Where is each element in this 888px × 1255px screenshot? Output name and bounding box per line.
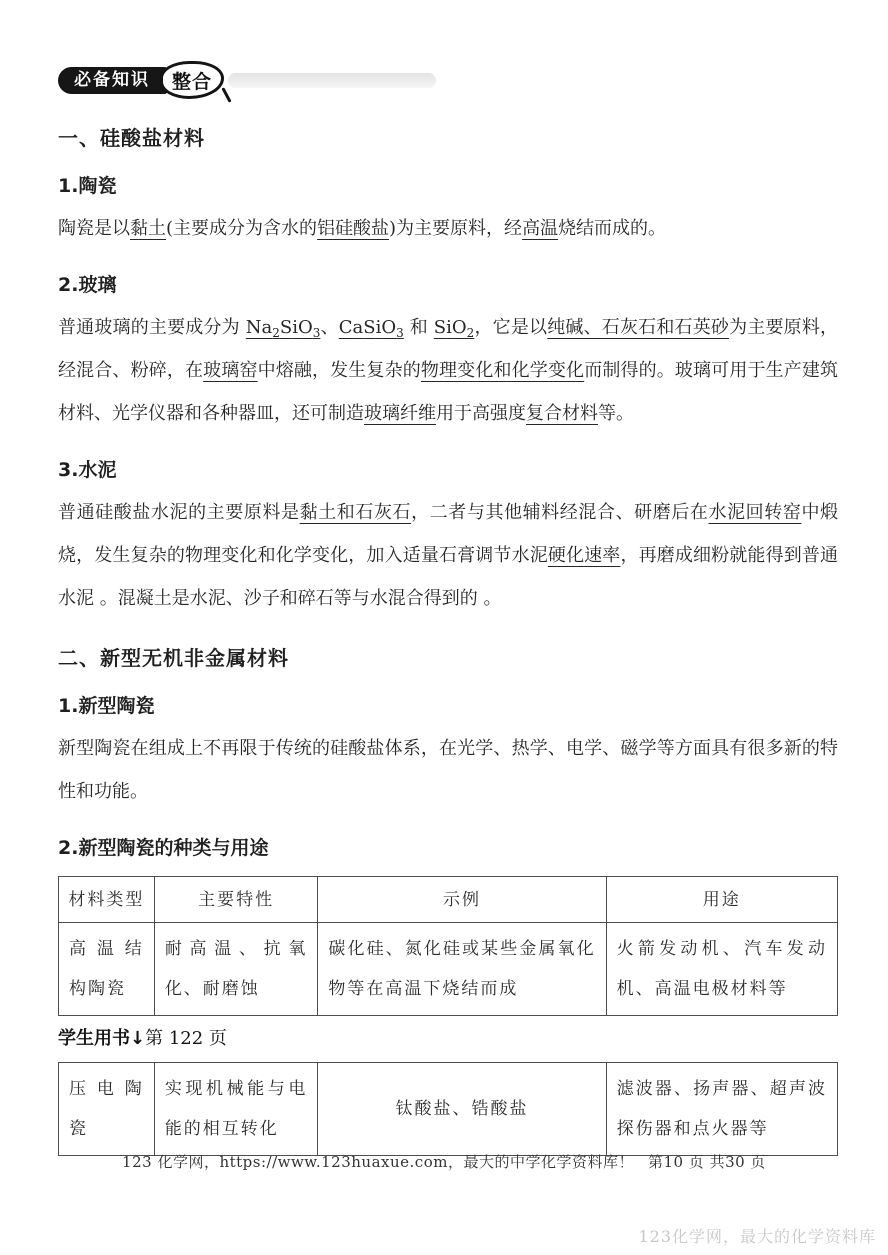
footer-page-info: 第10 页 共30 页 xyxy=(648,1153,766,1171)
cell-uses: 滤波器、扬声器、超声波探伤器和点火器等 xyxy=(606,1063,837,1156)
heading-ceramic-types: 2.新型陶瓷的种类与用途 xyxy=(58,833,838,860)
page-content: 必备知识 整合 一、硅酸盐材料 1.陶瓷 陶瓷是以黏土(主要成分为含水的铝硅酸盐… xyxy=(58,60,838,1156)
col-header-examples: 示例 xyxy=(318,877,606,923)
bookmark-prefix: 学生用书 xyxy=(58,1028,130,1049)
badge-decoration-bar xyxy=(228,73,436,88)
heading-glass: 2.玻璃 xyxy=(58,270,838,297)
heading-cement: 3.水泥 xyxy=(58,455,838,482)
cell-examples: 钛酸盐、锆酸盐 xyxy=(318,1063,606,1156)
section-badge: 必备知识 整合 xyxy=(58,60,838,100)
table-row: 高温结构陶瓷 耐高温、抗氧化、耐磨蚀 碳化硅、氮化硅或某些金属氧化物等在高温下烧… xyxy=(59,923,838,1016)
heading-section1: 一、硅酸盐材料 xyxy=(58,122,838,151)
heading-new-ceramic: 1.新型陶瓷 xyxy=(58,691,838,718)
paragraph-ceramic: 陶瓷是以黏土(主要成分为含水的铝硅酸盐)为主要原料，经高温烧结而成的。 xyxy=(58,207,838,250)
bookmark-page-number: 第 122 页 xyxy=(145,1028,227,1049)
down-arrow-icon: ↓ xyxy=(130,1028,145,1049)
table-row: 压电陶瓷 实现机械能与电能的相互转化 钛酸盐、锆酸盐 滤波器、扬声器、超声波探伤… xyxy=(59,1063,838,1156)
cell-uses: 火箭发动机、汽车发动机、高温电极材料等 xyxy=(606,923,837,1016)
footer-site-text: 123 化学网，https://www.123huaxue.com，最大的中学化… xyxy=(122,1153,634,1171)
paragraph-new-ceramic: 新型陶瓷在组成上不再限于传统的硅酸盐体系，在光学、热学、电学、磁学等方面具有很多… xyxy=(58,727,838,813)
col-header-uses: 用途 xyxy=(606,877,837,923)
ceramic-types-table: 材料类型 主要特性 示例 用途 高温结构陶瓷 耐高温、抗氧化、耐磨蚀 碳化硅、氮… xyxy=(58,876,838,1016)
paragraph-cement: 普通硅酸盐水泥的主要原料是黏土和石灰石，二者与其他辅料经混合、研磨后在水泥回转窑… xyxy=(58,491,838,620)
cell-material-type: 高温结构陶瓷 xyxy=(59,923,155,1016)
cell-examples: 碳化硅、氮化硅或某些金属氧化物等在高温下烧结而成 xyxy=(318,923,606,1016)
col-header-properties: 主要特性 xyxy=(154,877,318,923)
col-header-material-type: 材料类型 xyxy=(59,877,155,923)
badge-dark-label: 必备知识 xyxy=(58,67,168,94)
heading-ceramic: 1.陶瓷 xyxy=(58,171,838,198)
student-book-page-marker: 学生用书↓第 122 页 xyxy=(58,1024,838,1050)
document-page: 必备知识 整合 一、硅酸盐材料 1.陶瓷 陶瓷是以黏土(主要成分为含水的铝硅酸盐… xyxy=(0,0,888,1255)
table-header-row: 材料类型 主要特性 示例 用途 xyxy=(59,877,838,923)
heading-section2: 二、新型无机非金属材料 xyxy=(58,642,838,671)
ceramic-types-table-continued: 压电陶瓷 实现机械能与电能的相互转化 钛酸盐、锆酸盐 滤波器、扬声器、超声波探伤… xyxy=(58,1062,838,1156)
cell-properties: 耐高温、抗氧化、耐磨蚀 xyxy=(154,923,318,1016)
badge-tab-label: 整合 xyxy=(160,61,224,99)
cell-properties: 实现机械能与电能的相互转化 xyxy=(154,1063,318,1156)
cell-material-type: 压电陶瓷 xyxy=(59,1063,155,1156)
page-footer: 123 化学网，https://www.123huaxue.com，最大的中学化… xyxy=(0,1151,888,1172)
paragraph-glass: 普通玻璃的主要成分为 Na2SiO3、CaSiO3 和 SiO2，它是以纯碱、石… xyxy=(58,306,838,435)
corner-watermark: 123化学网，最大的化学资料库 xyxy=(638,1224,876,1247)
